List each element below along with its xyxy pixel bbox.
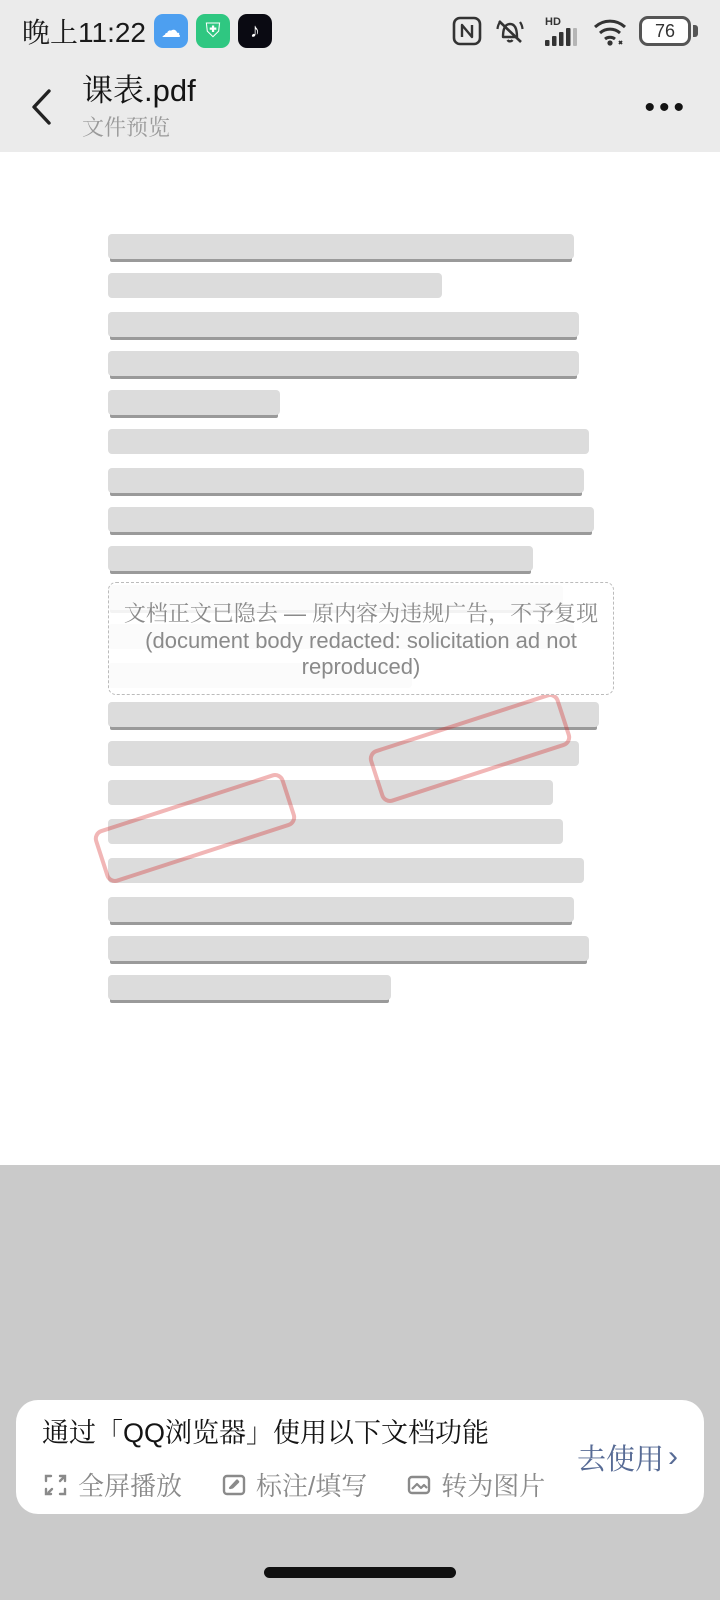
- fullscreen-play-label: 全屏播放: [78, 1466, 182, 1503]
- redacted-text-line: [108, 546, 533, 571]
- annotate-fill-button[interactable]: 标注/填写: [220, 1466, 367, 1503]
- fullscreen-icon: [42, 1471, 70, 1499]
- file-preview-header: 课表.pdf 文件预览 •••: [0, 62, 720, 152]
- go-use-button[interactable]: 去使用 ›: [565, 1437, 678, 1478]
- battery-percent: 76: [639, 16, 691, 46]
- annotate-icon: [220, 1471, 248, 1499]
- cloud-app-icon: ☁: [154, 14, 188, 48]
- convert-to-image-button[interactable]: 转为图片: [405, 1466, 545, 1503]
- annotate-fill-label: 标注/填写: [256, 1466, 367, 1503]
- go-use-label: 去使用: [577, 1437, 664, 1478]
- redacted-text-line: [108, 780, 553, 805]
- battery-icon: 76: [639, 16, 698, 46]
- wifi-icon: [591, 15, 629, 47]
- card-title: 通过「QQ浏览器」使用以下文档功能: [42, 1411, 565, 1450]
- qq-browser-action-card: 通过「QQ浏览器」使用以下文档功能 全屏播放: [16, 1400, 704, 1514]
- to-image-icon: [405, 1471, 433, 1499]
- redacted-text-line: [108, 897, 574, 922]
- redacted-text-line: [108, 312, 579, 337]
- header-titles: 课表.pdf 文件预览: [82, 72, 196, 142]
- shield-app-icon: ⛨: [196, 14, 230, 48]
- back-button[interactable]: [28, 83, 68, 131]
- file-subtitle: 文件预览: [82, 111, 196, 142]
- svg-text:HD: HD: [545, 16, 561, 28]
- nfc-icon: [451, 15, 483, 47]
- status-right: HD 76: [451, 14, 698, 48]
- tiktok-app-icon: ♪: [238, 14, 272, 48]
- redacted-text-line: [108, 234, 574, 259]
- convert-to-image-label: 转为图片: [441, 1466, 545, 1503]
- back-chevron-icon: [28, 85, 54, 129]
- status-left: 晚上11:22 ☁ ⛨ ♪: [22, 11, 272, 51]
- signal-hd-icon: HD: [537, 14, 581, 48]
- file-title: 课表.pdf: [82, 72, 196, 109]
- redacted-text-line: [108, 975, 391, 1000]
- fullscreen-play-button[interactable]: 全屏播放: [42, 1466, 182, 1503]
- redacted-text-line: [108, 468, 584, 493]
- clock: 晚上11:22: [22, 11, 146, 51]
- redacted-text-line: [108, 390, 280, 415]
- redaction-notice: 文档正文已隐去 — 原内容为违规广告，不予复现 (document body r…: [108, 582, 614, 695]
- card-left: 通过「QQ浏览器」使用以下文档功能 全屏播放: [42, 1411, 565, 1503]
- battery-nub: [693, 25, 698, 37]
- home-indicator[interactable]: [264, 1567, 456, 1578]
- status-bar: 晚上11:22 ☁ ⛨ ♪ HD: [0, 0, 720, 62]
- document-page[interactable]: 文档正文已隐去 — 原内容为违规广告，不予复现 (document body r…: [0, 152, 720, 1165]
- chevron-right-icon: ›: [668, 1442, 678, 1472]
- redacted-text-line: [108, 351, 579, 376]
- screen: 晚上11:22 ☁ ⛨ ♪ HD: [0, 0, 720, 1600]
- redacted-text-line: [108, 273, 442, 298]
- mute-vibrate-icon: [493, 15, 527, 47]
- redacted-text-line: [108, 936, 589, 961]
- card-actions: 全屏播放 标注/填写: [42, 1466, 565, 1503]
- redacted-text-line: [108, 429, 589, 454]
- document-backdrop: [0, 1165, 720, 1600]
- redacted-text-line: [108, 507, 594, 532]
- more-menu-button[interactable]: •••: [640, 94, 692, 121]
